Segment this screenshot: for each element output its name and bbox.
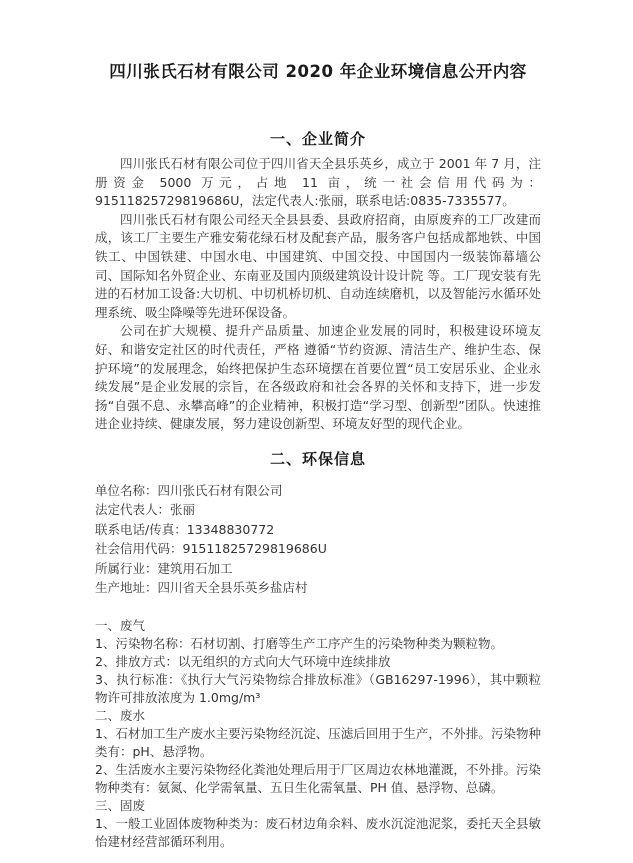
intro-paragraph: 公司在扩大规模、提升产品质量、加速企业发展的同时，积极建设环境友好、和谐安定社区… — [95, 322, 541, 434]
env-subsection-title: 一、废气 — [95, 617, 541, 635]
env-item: 1、一般工业固体废物种类为：废石材边角余料、废水沉淀池泥浆，委托天全县敏怡建材经… — [95, 815, 541, 851]
company-info-list: 单位名称：四川张氏石材有限公司 法定代表人：张丽 联系电话/传真：1334883… — [95, 481, 541, 598]
env-item: 1、石材加工生产废水主要污染物经沉淀、压滤后回用于生产，不外排。污染物种类有：p… — [95, 725, 541, 761]
intro-paragraph: 四川张氏石材有限公司位于四川省天全县乐英乡，成立于 2001 年 7 月，注册资… — [95, 155, 541, 211]
company-intro-paragraphs: 四川张氏石材有限公司位于四川省天全县乐英乡，成立于 2001 年 7 月，注册资… — [95, 155, 541, 434]
intro-paragraph: 四川张氏石材有限公司经天全县县委、县政府招商，由原废弃的工厂改建而成，该工厂主要… — [95, 211, 541, 323]
env-item: 1、污染物名称：石材切割、打磨等生产工序产生的污染物种类为颗粒物。 — [95, 635, 541, 653]
company-info-line-industry: 所属行业：建筑用石加工 — [95, 559, 541, 579]
company-info-line-phone-fax: 联系电话/传真：13348830772 — [95, 520, 541, 540]
env-item: 2、排放方式：以无组织的方式向大气环境中连续排放 — [95, 653, 541, 671]
company-info-line-credit-code: 社会信用代码：91511825729819686U — [95, 539, 541, 559]
env-subsection-waste-gas: 一、废气 1、污染物名称：石材切割、打磨等生产工序产生的污染物种类为颗粒物。 2… — [95, 617, 541, 707]
env-subsection-title: 三、固废 — [95, 797, 541, 815]
document-title: 四川张氏石材有限公司 2020 年企业环境信息公开内容 — [95, 0, 541, 82]
env-item: 2、生活废水主要污染物经化粪池处理后用于厂区周边农林地灌溉，不外排。污染物种类有… — [95, 761, 541, 797]
company-info-line-unit-name: 单位名称：四川张氏石材有限公司 — [95, 481, 541, 501]
document-page: 四川张氏石材有限公司 2020 年企业环境信息公开内容 一、企业简介 四川张氏石… — [0, 0, 633, 863]
env-subsection-waste-water: 二、废水 1、石材加工生产废水主要污染物经沉淀、压滤后回用于生产，不外排。污染物… — [95, 707, 541, 797]
document-content: 四川张氏石材有限公司 2020 年企业环境信息公开内容 一、企业简介 四川张氏石… — [0, 0, 633, 851]
env-subsection-title: 二、废水 — [95, 707, 541, 725]
section-heading-env-info: 二、环保信息 — [95, 448, 541, 469]
company-info-line-legal-representative: 法定代表人：张丽 — [95, 500, 541, 520]
env-subsection-solid-waste: 三、固废 1、一般工业固体废物种类为：废石材边角余料、废水沉淀池泥浆，委托天全县… — [95, 797, 541, 851]
env-item: 3、执行标准：《执行大气污染物综合排放标准》（GB16297-1996），其中颗… — [95, 671, 541, 707]
section-heading-company-intro: 一、企业简介 — [95, 128, 541, 149]
company-info-line-production-address: 生产地址：四川省天全县乐英乡盐店村 — [95, 578, 541, 598]
